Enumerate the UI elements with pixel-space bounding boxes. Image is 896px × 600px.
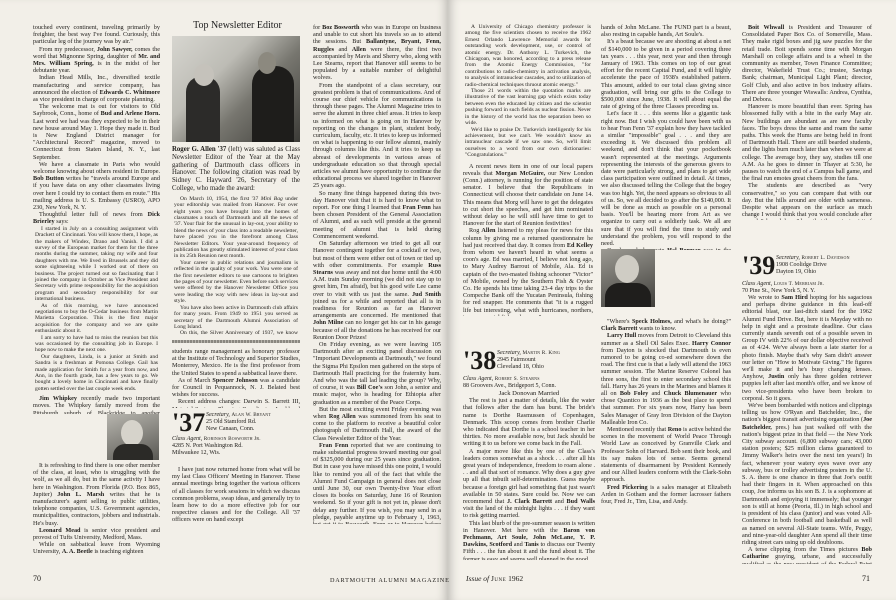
quote-paragraph: Our daughters, Linda, is a junior at Smi… [35,354,158,392]
quote-paragraph: I started in July on a consulting assign… [35,226,158,303]
paragraph: The students are described as "very cons… [742,182,872,220]
quote-paragraph: I am sorry to have had to miss the reuni… [35,335,158,354]
paragraph: I have just now returned home from what … [172,466,300,524]
column-4: A University of Chicago chemistry profes… [463,24,593,316]
column-4-bottom: Jack Donovan Married The rest is just a … [463,390,595,560]
paragraph: The welcome mat is out for visitors to O… [33,103,160,161]
column-2-bottom: I have just now returned home from what … [172,466,300,526]
quote-paragraph: Those 21 words within the quotation mark… [465,88,591,126]
issue-footer: Issue of June 1962 [466,574,523,583]
paragraph: touched every continent, traveling prima… [33,24,160,46]
paragraph: A terse clipping from the Times pictures… [742,546,872,564]
page-number-right: 71 [862,574,870,583]
paragraph: As of March Spencer Johnson was a candid… [172,377,300,399]
paragraph: students range management as honorary pr… [172,348,300,377]
citation-paragraph: On March 10, 1954, the first '37 Mini Ba… [174,196,298,260]
paragraph: Fred Pickering is a sales manager at Eli… [601,484,731,506]
paragraph: On Friday evening, as we were leaving 10… [313,341,441,406]
paragraph: for Boz Bosworth who was in Europe on bu… [313,24,441,82]
column-6: Boit Whwall is President and Treasurer o… [742,24,872,220]
paragraph: But the most exciting event Friday eveni… [313,406,441,442]
class-1939-header: '39 Secretary, Robert L. Davidson1908 Co… [742,255,874,291]
column-1: touched every continent, traveling prima… [33,24,160,414]
paragraph: Let's face it . . . this seems like a gi… [601,110,731,247]
paragraph: Mentioned recently that Reno is active b… [601,426,731,484]
paragraph: Recent address changes: Darwin S. Barret… [172,398,300,408]
subheading: Jack Donovan Married [463,390,595,397]
paragraph: Larry Hull moves from Detroit to Clevela… [601,332,731,426]
paragraph: Rog Allen listened to my pleas for news … [463,227,593,316]
portrait-photo-whipkey [107,414,159,460]
quote-paragraph: A University of Chicago chemistry profes… [465,24,591,88]
paragraph: Indian Head Mills, Inc., diversified tex… [33,74,160,103]
paragraph: This last blurb of the pre-summer season… [463,520,595,560]
paragraph: From my predecessor, John Sawyer, comes … [33,46,160,75]
paragraph: Thoughtful letter full of news from Dick… [33,211,160,225]
paragraph: We've been bombarded with notices and cl… [742,402,872,546]
paragraph: It is refreshing to find there is one ot… [33,462,160,527]
divider-rule [172,340,300,343]
paragraph: The rest is just a matter of details, li… [463,397,595,447]
column-1-bottom: It is refreshing to find there is one ot… [33,462,160,572]
paragraph: "Where's Speck Holmes, and what's he doi… [601,318,731,332]
feature-caption: Roger G. Allen '37 (left) was saluted as… [172,146,300,336]
paragraph: Jim Whipkey recently made two important … [33,395,160,414]
column-6-bottom: We wrote to Sam Hird hoping for his saga… [742,294,872,564]
quote-paragraph: As of this morning, we have announced ne… [35,303,158,335]
paragraph: Boit Whwall is President and Treasurer o… [742,24,872,103]
paragraph: From the standpoint of a class secretary… [313,82,441,190]
class-year: '38 [463,348,496,374]
paragraph: It's a beaut because we are shooting at … [601,38,731,110]
column-5-bottom: "Where's Speck Holmes, and what's he doi… [601,318,731,564]
paragraph: So many fine things happened during this… [313,190,441,240]
page-number-left: 70 [33,574,41,583]
feature-headline: Top Newsletter Editor [175,20,300,31]
paragraph: We have a classmate in Paris who would w… [33,161,160,211]
portrait-photo-berman [601,249,655,307]
paragraph: hands of John McLane. The FUND part is a… [601,24,731,38]
paragraph: We wrote to Sam Hird hoping for his saga… [742,294,872,402]
magazine-footer: DARTMOUTH ALUMNI MAGAZINE [330,577,450,584]
class-1937-header: '37 Secretary, Alan W. Bryant25 Old Stam… [172,412,302,472]
paragraph: A recent news item in one of our local p… [463,163,593,228]
column-5: hands of John McLane. The FUND part is a… [601,24,731,250]
class-year: '37 [172,410,205,436]
paragraph: While on sabbatical leave from Wyoming U… [33,541,160,555]
quote-paragraph: We'd like to praise Dr. Turkevich intell… [465,127,591,159]
citation-paragraph: You have also been active in Dartmouth c… [174,305,298,331]
paragraph: On Saturday afternoon we tried to get al… [313,240,441,341]
caption: Roger G. Allen '37 (left) was saluted as… [172,146,300,193]
column-3: for Boz Bosworth who was in Europe on bu… [313,24,441,524]
award-photo [172,36,300,142]
paragraph: A major move like this by one of the Cla… [463,448,595,520]
paragraph: Leonard Mead is senior vice president an… [33,527,160,541]
paragraph: Hanover is more beautiful than ever. Spr… [742,103,872,182]
citation-paragraph: On this, the Silver Anniversary of 1937,… [174,330,298,336]
class-year: '39 [742,253,775,279]
column-2: students range management as honorary pr… [172,348,300,408]
class-1938-header: '38 Secretary, Martin R. King2945 Fairmo… [463,350,595,390]
citation-paragraph: Your career in public relations and jour… [174,260,298,305]
paragraph: Fran Fenn reported that we are continuin… [313,442,441,524]
